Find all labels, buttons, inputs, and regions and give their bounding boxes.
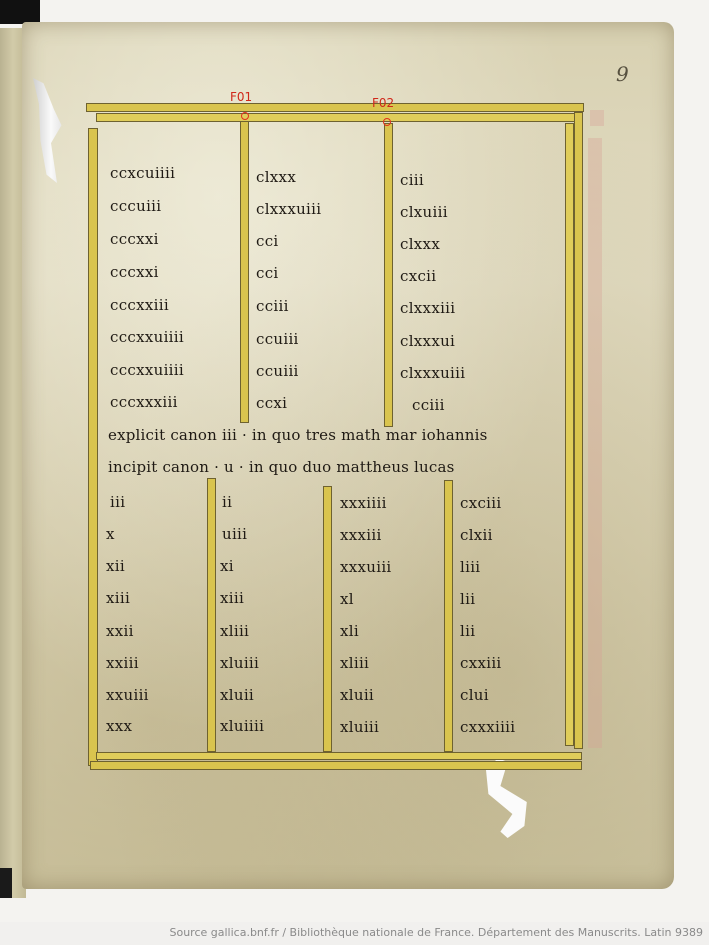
canon-upper-col2-row7: ccuiii (256, 362, 299, 380)
canon-lower-col4-row4: lii (460, 590, 475, 608)
scan-border (0, 868, 12, 898)
canon-lower-col4-row2: clxii (460, 526, 493, 544)
canon-lower-col4-row1: cxciii (460, 494, 501, 512)
scan-border (0, 0, 40, 24)
show-through-ruling (590, 110, 604, 126)
show-through-ruling (588, 138, 602, 748)
frame-left-bar (88, 128, 98, 766)
canon-upper-col2-row6: ccuiii (256, 330, 299, 348)
canon-lower-col3-row5: xli (340, 622, 359, 640)
canon-upper-col3-row1: ciii (400, 171, 424, 189)
frame-right-bar (574, 112, 583, 749)
canon-lower-col1-row1: iii (110, 493, 125, 511)
canon-lower-col2-row6: xluiii (220, 654, 259, 672)
folio-number: 9 (616, 62, 629, 86)
canon-lower-col1-row8: xxx (106, 717, 132, 735)
marker-f01[interactable] (241, 112, 249, 120)
canon-upper-col2-row4: cci (256, 264, 279, 282)
canon-lower-col2-row3: xi (220, 557, 234, 575)
canon-lower-col2-row8: xluiiii (220, 717, 264, 735)
canon-upper-col1-row4: cccxxi (110, 263, 159, 281)
frame-right-bar-inner (565, 123, 574, 746)
canon-upper-col3-row6: clxxxui (400, 332, 455, 350)
canon-upper-col2-row1: clxxx (256, 168, 296, 186)
canon-upper-col2-row3: cci (256, 232, 279, 250)
canon-lower-col2-row4: xiii (220, 589, 244, 607)
canon-lower-col3-row7: xluii (340, 686, 374, 704)
canon-lower-col3-row6: xliii (340, 654, 369, 672)
canon-upper-col3-row3: clxxx (400, 235, 440, 253)
lower-column-divider (444, 480, 453, 752)
canon-lower-col2-row2: uiii (222, 525, 247, 543)
incipit-rubric: incipit canon · u · in quo duo mattheus … (108, 458, 455, 476)
lower-column-divider (207, 478, 216, 752)
canon-lower-col2-row1: ii (222, 493, 232, 511)
canon-upper-col1-row6: cccxxuiiii (110, 328, 184, 346)
upper-column-divider (240, 121, 249, 423)
canon-upper-col2-row2: clxxxuiii (256, 200, 321, 218)
canon-lower-col1-row3: xii (106, 557, 125, 575)
canon-lower-col4-row5: lii (460, 622, 475, 640)
marker-label-f01: F01 (230, 90, 252, 104)
canon-lower-col3-row8: xluiii (340, 718, 379, 736)
canon-lower-col1-row6: xxiii (106, 654, 139, 672)
frame-top-bar (86, 103, 584, 112)
canon-lower-col3-row1: xxxiiii (340, 494, 387, 512)
marker-label-f02: F02 (372, 96, 394, 110)
canon-lower-col4-row7: clui (460, 686, 489, 704)
canon-lower-col4-row3: liii (460, 558, 480, 576)
canon-upper-col1-row5: cccxxiii (110, 296, 169, 314)
canon-upper-col3-row4: cxcii (400, 267, 436, 285)
upper-column-divider (384, 123, 393, 427)
canon-upper-col2-row5: cciii (256, 297, 289, 315)
frame-bottom-bar-inner (96, 752, 582, 760)
frame-bottom-bar (90, 761, 582, 770)
canon-lower-col3-row3: xxxuiii (340, 558, 392, 576)
canon-upper-col1-row1: ccxcuiiii (110, 164, 175, 182)
canon-lower-col2-row7: xluii (220, 686, 254, 704)
canon-lower-col1-row5: xxii (106, 622, 134, 640)
canon-lower-col4-row6: cxxiii (460, 654, 502, 672)
canon-upper-col1-row2: cccuiii (110, 197, 161, 215)
canon-upper-col2-row8: ccxi (256, 394, 287, 412)
canon-lower-col4-row8: cxxxiiii (460, 718, 515, 736)
canon-upper-col1-row3: cccxxi (110, 230, 159, 248)
canon-lower-col3-row2: xxxiii (340, 526, 382, 544)
canon-upper-col1-row7: cccxxuiiii (110, 361, 184, 379)
explicit-rubric: explicit canon iii · in quo tres math ma… (108, 426, 488, 444)
canon-lower-col1-row4: xiii (106, 589, 130, 607)
lower-column-divider (323, 486, 332, 752)
marker-f02[interactable] (383, 118, 391, 126)
canon-upper-col1-row8: cccxxxiii (110, 393, 178, 411)
canon-upper-col3-row8: cciii (412, 396, 445, 414)
canon-upper-col3-row5: clxxxiii (400, 299, 455, 317)
canon-upper-col3-row7: clxxxuiii (400, 364, 465, 382)
canon-upper-col3-row2: clxuiii (400, 203, 448, 221)
canon-lower-col2-row5: xliii (220, 622, 249, 640)
canon-lower-col1-row2: x (106, 525, 115, 543)
canon-lower-col1-row7: xxuiii (106, 686, 149, 704)
canon-lower-col3-row4: xl (340, 590, 354, 608)
source-credit: Source gallica.bnf.fr / Bibliothèque nat… (169, 926, 703, 939)
frame-top-bar-inner (96, 113, 576, 122)
